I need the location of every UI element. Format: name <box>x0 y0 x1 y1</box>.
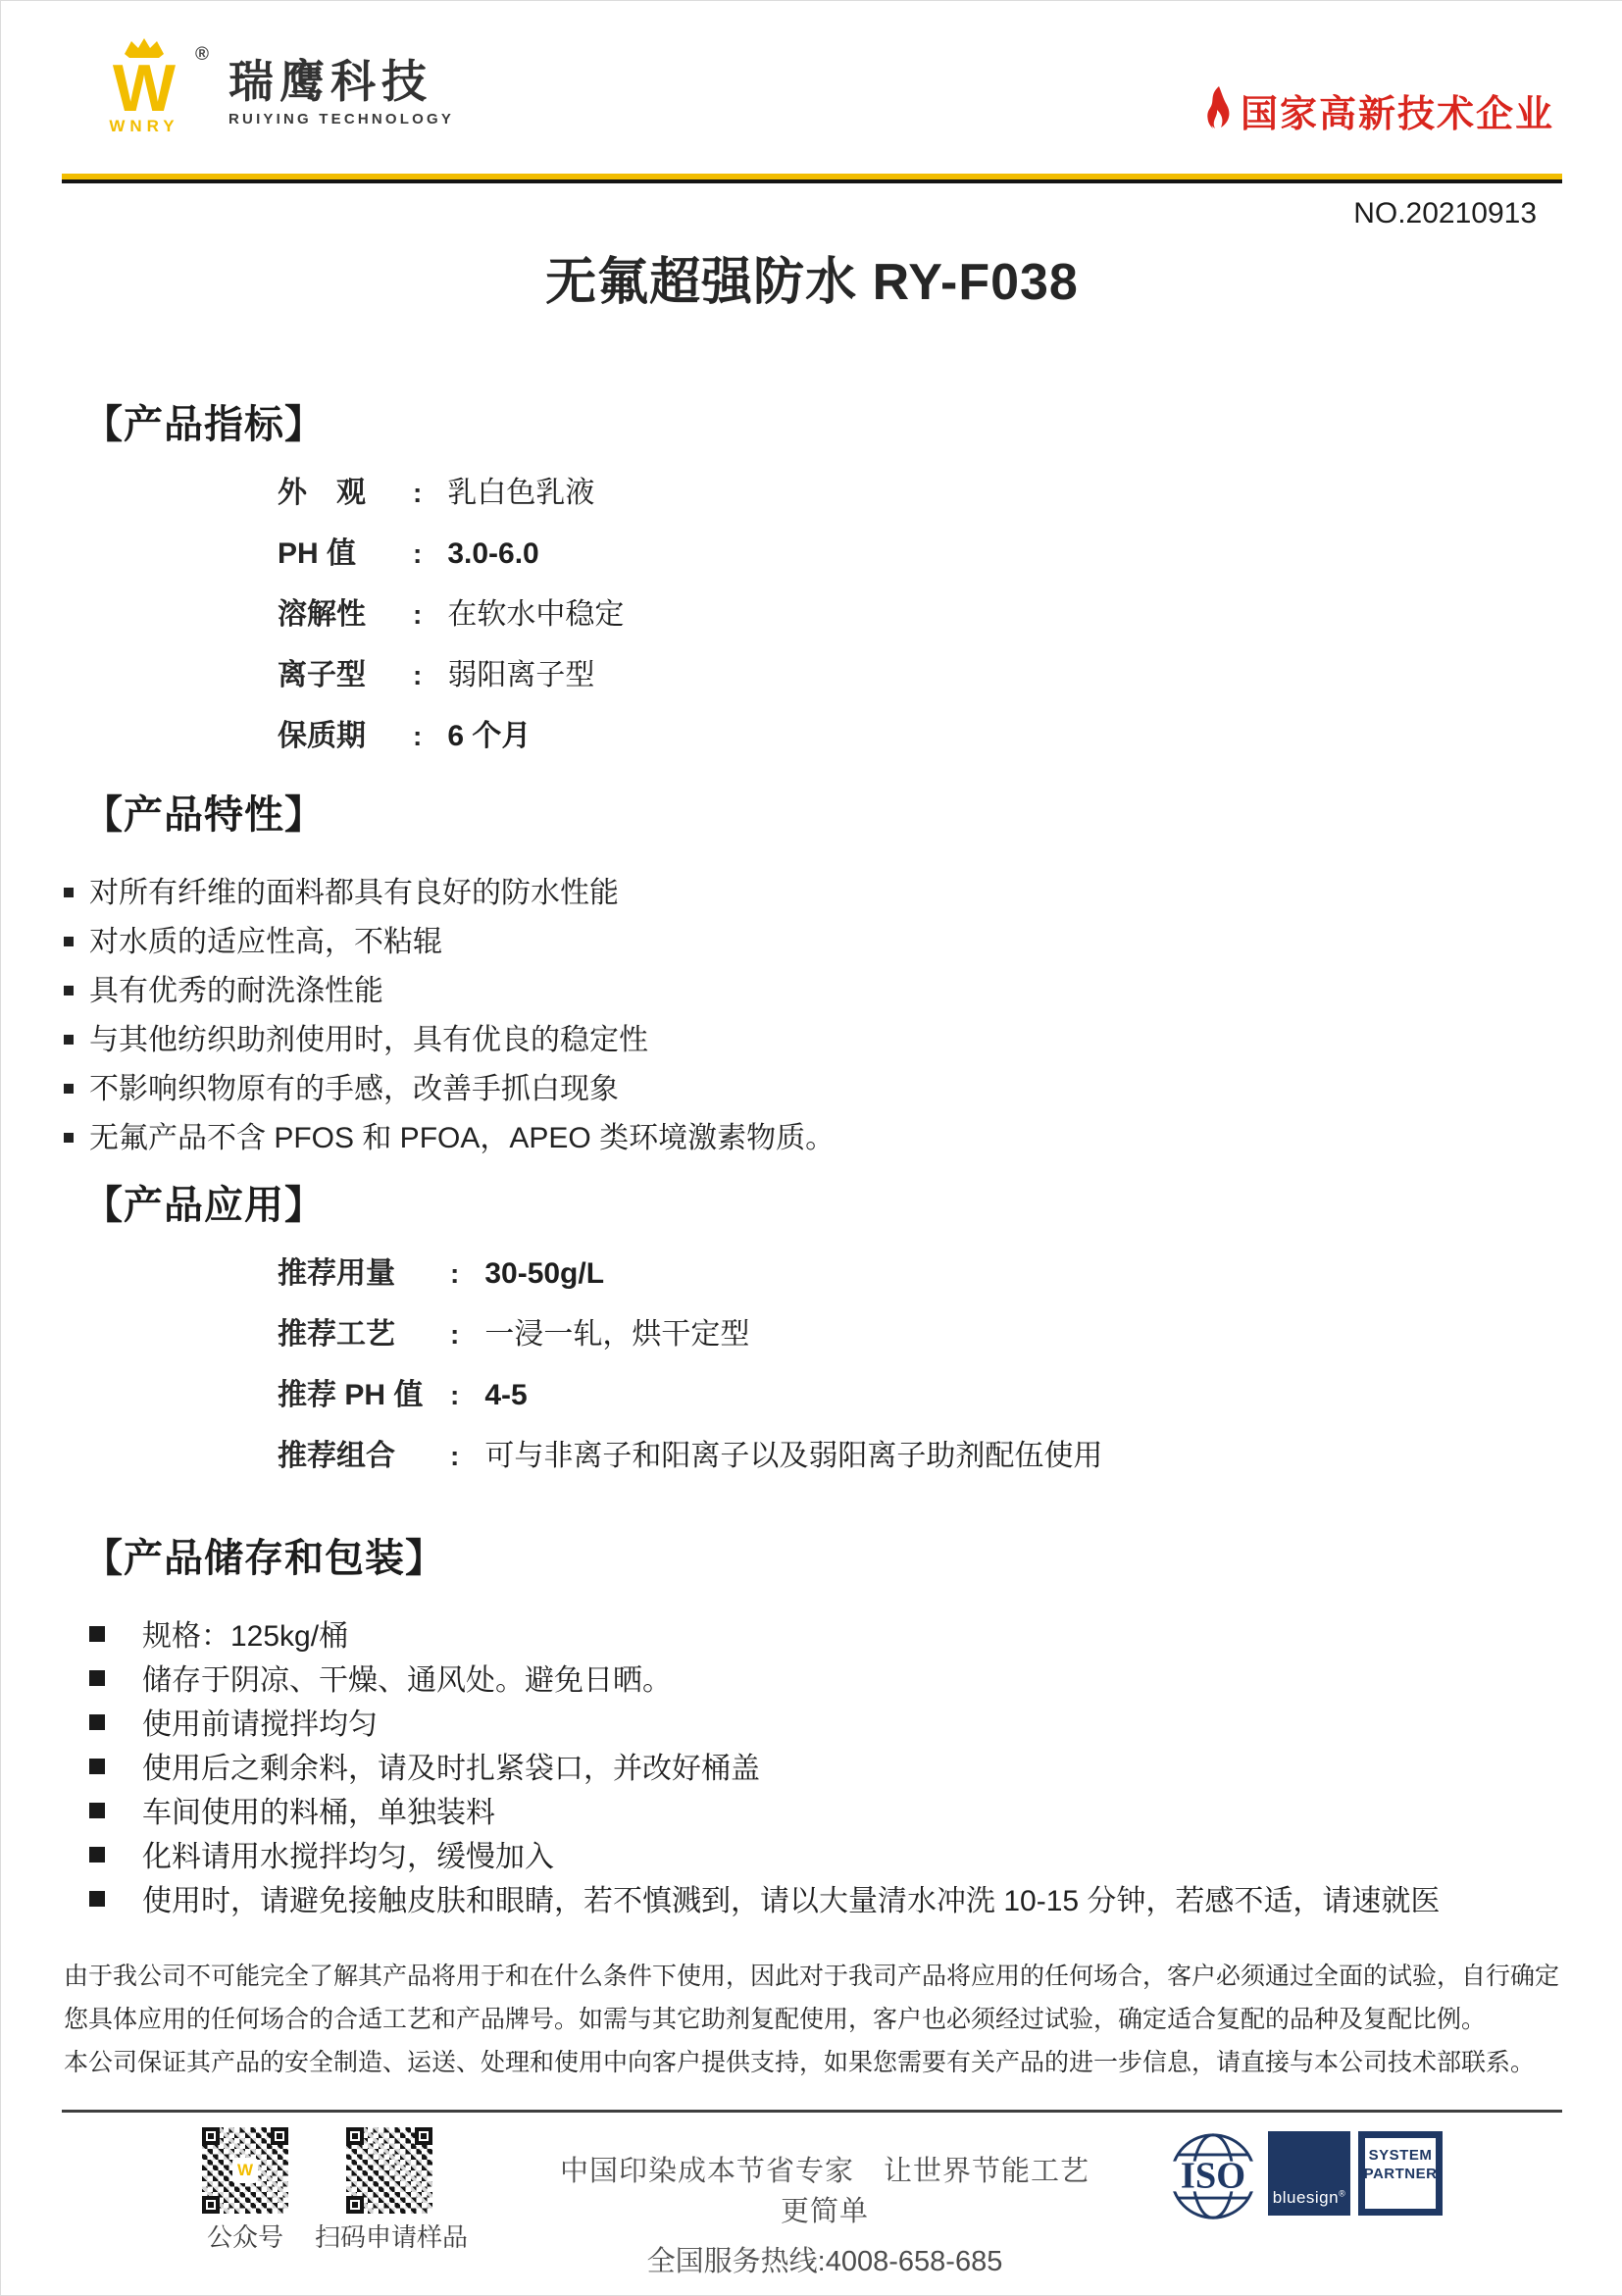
bullet-square-icon <box>64 1084 74 1094</box>
storage-text: 车间使用的料桶，单独装料 <box>142 1788 495 1831</box>
footer-slogan: 中国印染成本节省专家 让世界节能工艺更简单 <box>550 2149 1099 2229</box>
qr-finder-icon <box>415 2127 432 2145</box>
list-item: 化料请用水搅拌均匀，缓慢加入 <box>89 1832 1440 1876</box>
disclaimer-line: 您具体应用的任何场合的合适工艺和产品牌号。如需与其它助剂复配使用，客户也必须经过… <box>64 1998 1562 2041</box>
registered-trademark-icon: ® <box>195 44 209 66</box>
storage-text: 使用时，请避免接触皮肤和眼睛，若不慎溅到，请以大量清水冲洗 10-15 分钟，若… <box>142 1876 1440 1919</box>
application-label: 推荐工艺 <box>278 1309 432 1352</box>
spec-label: 离子型 <box>278 650 395 693</box>
bluesign-label: bluesign® <box>1273 2188 1345 2216</box>
sample-request-qr-code <box>346 2127 432 2214</box>
colon-separator: : <box>413 599 422 631</box>
bullet-square-icon <box>64 888 74 897</box>
disclaimer-paragraph: 由于我公司不可能完全了解其产品将用于和在什么条件下使用，因此对于我司产品将应用的… <box>64 1955 1562 2084</box>
document-number: NO.20210913 <box>1353 197 1537 230</box>
list-item: 使用前请搅拌均匀 <box>89 1700 1440 1744</box>
bullet-square-icon <box>89 1803 105 1818</box>
feature-text: 对所有纤维的面料都具有良好的防水性能 <box>89 868 619 911</box>
feature-text: 具有优秀的耐洗涤性能 <box>89 966 383 1009</box>
brand-name-cn: 瑞鹰科技 <box>228 57 454 107</box>
application-row: 推荐 PH 值 : 4-5 <box>278 1370 1102 1431</box>
disclaimer-line: 本公司保证其产品的安全制造、运送、处理和使用中向客户提供支持，如果您需要有关产品… <box>64 2041 1562 2084</box>
storage-list: 规格：125kg/桶 储存于阴凉、干燥、通风处。避免日晒。 使用前请搅拌均匀 使… <box>89 1611 1440 1920</box>
bullet-square-icon <box>64 1035 74 1045</box>
bluesign-logo: bluesign® <box>1268 2131 1350 2216</box>
spec-label: 溶解性 <box>278 589 395 633</box>
footer-hotline: 全国服务热线:4008-658-685 <box>550 2239 1099 2279</box>
application-value: 一浸一轧，烘干定型 <box>484 1309 749 1352</box>
application-label: 推荐组合 <box>278 1431 432 1474</box>
brand-text: 瑞鹰科技 RUIYING TECHNOLOGY <box>228 43 454 128</box>
spec-label: PH 值 <box>278 529 395 572</box>
spec-table: 外 观 : 乳白色乳液 PH 值 : 3.0-6.0 溶解性 : 在软水中稳定 … <box>278 468 624 772</box>
application-row: 推荐工艺 : 一浸一轧，烘干定型 <box>278 1309 1102 1370</box>
application-label: 推荐用量 <box>278 1249 432 1292</box>
section-heading-storage: 【产品储存和包装】 <box>83 1527 445 1583</box>
feature-text: 无氟产品不含 PFOS 和 PFOA，APEO 类环境激素物质。 <box>89 1113 835 1156</box>
spec-value: 6 个月 <box>447 711 531 754</box>
disclaimer-line: 由于我公司不可能完全了解其产品将用于和在什么条件下使用，因此对于我司产品将应用的… <box>64 1955 1562 1998</box>
storage-text: 使用后之剩余料，请及时扎紧袋口，并改好桶盖 <box>142 1744 760 1787</box>
list-item: 对所有纤维的面料都具有良好的防水性能 <box>64 868 835 917</box>
colon-separator: : <box>450 1319 459 1351</box>
qr-finder-icon <box>202 2127 220 2145</box>
flame-icon <box>1199 85 1233 135</box>
logo-w-crown-icon: W WNRY ® <box>76 36 213 134</box>
colon-separator: : <box>413 538 422 570</box>
section-heading-specs: 【产品指标】 <box>83 393 325 449</box>
product-datasheet-page: W WNRY ® 瑞鹰科技 RUIYING TECHNOLOGY 国家高新技术企… <box>0 0 1622 2296</box>
spec-row: 外 观 : 乳白色乳液 <box>278 468 624 529</box>
svg-text:W: W <box>113 51 177 126</box>
spec-value: 弱阳离子型 <box>447 650 594 693</box>
list-item: 无氟产品不含 PFOS 和 PFOA，APEO 类环境激素物质。 <box>64 1113 835 1162</box>
list-item: 车间使用的料桶，单独装料 <box>89 1788 1440 1832</box>
application-row: 推荐组合 : 可与非离子和阳离子以及弱阳离子助剂配伍使用 <box>278 1431 1102 1492</box>
qr-finder-icon <box>346 2127 364 2145</box>
qr-finder-icon <box>271 2127 288 2145</box>
spec-row: 保质期 : 6 个月 <box>278 711 624 772</box>
badge-label: 国家高新技术企业 <box>1241 83 1554 137</box>
colon-separator: : <box>413 660 422 691</box>
storage-text: 使用前请搅拌均匀 <box>142 1700 378 1743</box>
list-item: 与其他纺织助剂使用时，具有优良的稳定性 <box>64 1015 835 1064</box>
spec-value: 乳白色乳液 <box>447 468 594 511</box>
application-table: 推荐用量 : 30-50g/L 推荐工艺 : 一浸一轧，烘干定型 推荐 PH 值… <box>278 1249 1102 1492</box>
svg-text:WNRY: WNRY <box>109 117 178 134</box>
qr-label: 公众号 <box>171 2218 320 2254</box>
list-item: 不影响织物原有的手感，改善手抓白现象 <box>64 1064 835 1113</box>
bullet-square-icon <box>89 1714 105 1730</box>
bullet-square-icon <box>89 1626 105 1642</box>
spec-value: 3.0-6.0 <box>447 537 538 571</box>
feature-list: 对所有纤维的面料都具有良好的防水性能 对水质的适应性高，不粘辊 具有优秀的耐洗涤… <box>64 868 835 1162</box>
header-divider <box>62 174 1562 183</box>
system-partner-line: PARTNER <box>1364 2166 1438 2184</box>
list-item: 对水质的适应性高，不粘辊 <box>64 917 835 966</box>
application-value: 4-5 <box>484 1379 527 1412</box>
qr-center-logo-icon: W <box>232 2158 258 2183</box>
system-partner-line: SYSTEM <box>1369 2147 1433 2166</box>
bullet-square-icon <box>89 1891 105 1907</box>
colon-separator: : <box>450 1258 459 1290</box>
spec-row: 离子型 : 弱阳离子型 <box>278 650 624 711</box>
wechat-qr-code: W <box>202 2127 288 2214</box>
section-heading-application: 【产品应用】 <box>83 1174 325 1230</box>
spec-value: 在软水中稳定 <box>447 589 624 633</box>
svg-text:ISO: ISO <box>1181 2156 1245 2197</box>
spec-row: 溶解性 : 在软水中稳定 <box>278 589 624 650</box>
bullet-square-icon <box>64 1133 74 1143</box>
colon-separator: : <box>450 1380 459 1411</box>
colon-separator: : <box>413 478 422 509</box>
application-label: 推荐 PH 值 <box>278 1370 432 1413</box>
storage-text: 规格：125kg/桶 <box>142 1611 348 1655</box>
spec-label: 保质期 <box>278 711 395 754</box>
footer-divider <box>62 2110 1562 2113</box>
bullet-square-icon <box>89 1670 105 1686</box>
feature-text: 不影响织物原有的手感，改善手抓白现象 <box>89 1064 619 1107</box>
footer-center-text: 中国印染成本节省专家 让世界节能工艺更简单 全国服务热线:4008-658-68… <box>550 2149 1099 2279</box>
list-item: 使用后之剩余料，请及时扎紧袋口，并改好桶盖 <box>89 1744 1440 1788</box>
application-value: 30-50g/L <box>484 1257 604 1291</box>
iso-logo: ISO <box>1166 2129 1260 2223</box>
feature-text: 对水质的适应性高，不粘辊 <box>89 917 442 960</box>
storage-text: 化料请用水搅拌均匀，缓慢加入 <box>142 1832 554 1875</box>
bullet-square-icon <box>89 1847 105 1862</box>
page-title: 无氟超强防水 RY-F038 <box>1 240 1622 314</box>
qr-finder-icon <box>346 2196 364 2214</box>
storage-text: 储存于阴凉、干燥、通风处。避免日晒。 <box>142 1656 672 1699</box>
brand-name-en: RUIYING TECHNOLOGY <box>228 111 454 128</box>
system-partner-logo: SYSTEM PARTNER <box>1358 2131 1443 2216</box>
list-item: 规格：125kg/桶 <box>89 1611 1440 1656</box>
feature-text: 与其他纺织助剂使用时，具有优良的稳定性 <box>89 1015 648 1058</box>
bullet-square-icon <box>64 937 74 946</box>
company-logo: W WNRY ® 瑞鹰科技 RUIYING TECHNOLOGY <box>76 36 454 134</box>
list-item: 使用时，请避免接触皮肤和眼睛，若不慎溅到，请以大量清水冲洗 10-15 分钟，若… <box>89 1876 1440 1920</box>
application-value: 可与非离子和阳离子以及弱阳离子助剂配伍使用 <box>484 1431 1102 1474</box>
list-item: 储存于阴凉、干燥、通风处。避免日晒。 <box>89 1656 1440 1700</box>
qr-label: 扫码申请样品 <box>313 2218 470 2254</box>
application-row: 推荐用量 : 30-50g/L <box>278 1249 1102 1309</box>
list-item: 具有优秀的耐洗涤性能 <box>64 966 835 1015</box>
colon-separator: : <box>413 721 422 752</box>
qr-finder-icon <box>202 2196 220 2214</box>
national-hightech-badge: 国家高新技术企业 <box>1199 83 1554 137</box>
spec-row: PH 值 : 3.0-6.0 <box>278 529 624 589</box>
section-heading-features: 【产品特性】 <box>83 784 325 840</box>
colon-separator: : <box>450 1441 459 1472</box>
bullet-square-icon <box>64 986 74 995</box>
spec-label: 外 观 <box>278 468 395 511</box>
bullet-square-icon <box>89 1759 105 1774</box>
